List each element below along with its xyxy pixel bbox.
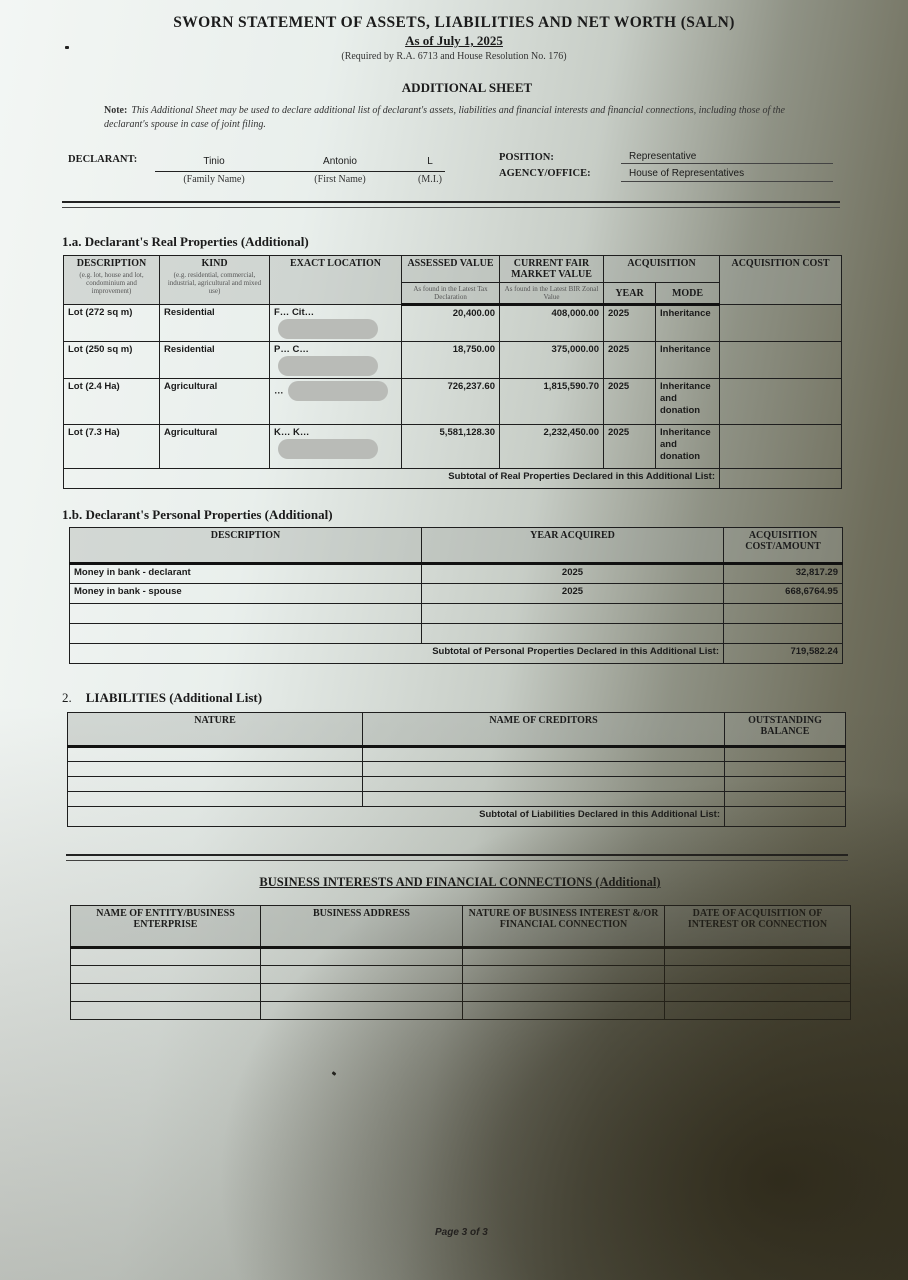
family-name-value: Tinio	[155, 156, 273, 167]
table-row: Lot (7.3 Ha) Agricultural K… K… 5,581,12…	[64, 425, 842, 469]
table-row: Money in bank - declarant 2025 32,817.29	[70, 564, 843, 584]
redacted-location: P… C…	[270, 342, 402, 379]
table-row	[71, 984, 851, 1002]
redacted-location: …	[270, 379, 402, 425]
col-kind: KIND(e.g. residential, commercial, indus…	[160, 256, 270, 305]
col-assessed-hint: As found in the Latest Tax Declaration	[402, 283, 500, 305]
col-market-hint: As found in the Latest BIR Zonal Value	[500, 283, 604, 305]
legal-basis: (Required by R.A. 6713 and House Resolut…	[0, 51, 908, 62]
personal-subtotal-label: Subtotal of Personal Properties Declared…	[70, 644, 724, 664]
personal-subtotal-value: 719,582.24	[724, 644, 843, 664]
redacted-location: F… Cit…	[270, 305, 402, 342]
table-row	[70, 624, 843, 644]
agency-underline	[621, 181, 833, 182]
col-year-acquired: YEAR ACQUIRED	[422, 528, 724, 564]
table-row: Lot (250 sq m) Residential P… C… 18,750.…	[64, 342, 842, 379]
position-label: POSITION:	[499, 152, 554, 163]
subtotal-row: Subtotal of Real Properties Declared in …	[64, 469, 842, 489]
subtotal-row: Subtotal of Personal Properties Declared…	[70, 644, 843, 664]
col-assessed: ASSESSED VALUE	[402, 256, 500, 283]
col-date: DATE OF ACQUISITION OF INTEREST OR CONNE…	[665, 906, 851, 948]
col-address: BUSINESS ADDRESS	[261, 906, 463, 948]
table-row	[70, 604, 843, 624]
real-properties-table: DESCRIPTION(e.g. lot, house and lot, con…	[63, 255, 842, 489]
agency-value: House of Representatives	[629, 168, 744, 179]
col-amount: ACQUISITION COST/AMOUNT	[724, 528, 843, 564]
note-text: This Additional Sheet may be used to dec…	[104, 105, 785, 130]
real-properties-heading: 1.a. Declarant's Real Properties (Additi…	[62, 234, 309, 250]
document-title: SWORN STATEMENT OF ASSETS, LIABILITIES A…	[0, 14, 908, 32]
table-row: Lot (272 sq m) Residential F… Cit… 20,40…	[64, 305, 842, 342]
personal-properties-heading: 1.b. Declarant's Personal Properties (Ad…	[62, 507, 333, 523]
col-location: EXACT LOCATION	[270, 256, 402, 305]
position-underline	[621, 163, 833, 164]
business-interests-table: NAME OF ENTITY/BUSINESS ENTERPRISE BUSIN…	[70, 905, 851, 1020]
redacted-location: K… K…	[270, 425, 402, 469]
real-subtotal-value	[720, 469, 842, 489]
table-row	[68, 777, 846, 792]
mi-value: L	[410, 156, 450, 167]
declarant-underline	[155, 171, 445, 172]
mi-caption: (M.I.)	[410, 174, 450, 185]
col-market: CURRENT FAIR MARKET VALUE	[500, 256, 604, 283]
page-number: Page 3 of 3	[435, 1227, 488, 1238]
liabilities-number: 2.	[62, 690, 72, 705]
sheet-title: ADDITIONAL SHEET	[0, 80, 908, 96]
section-divider	[66, 854, 848, 861]
table-row: Lot (2.4 Ha) Agricultural … 726,237.60 1…	[64, 379, 842, 425]
ink-mark	[332, 1071, 337, 1076]
first-name-caption: (First Name)	[280, 174, 400, 185]
business-interests-heading: BUSINESS INTERESTS AND FINANCIAL CONNECT…	[0, 875, 908, 890]
note-label: Note:	[104, 105, 127, 116]
liabilities-subtotal-label: Subtotal of Liabilities Declared in this…	[68, 807, 725, 827]
col-entity: NAME OF ENTITY/BUSINESS ENTERPRISE	[71, 906, 261, 948]
table-row	[68, 792, 846, 807]
liabilities-heading: 2.LIABILITIES (Additional List)	[62, 690, 262, 706]
note: Note:This Additional Sheet may be used t…	[104, 104, 814, 132]
liabilities-title: LIABILITIES (Additional List)	[86, 690, 262, 705]
declarant-label: DECLARANT:	[68, 154, 137, 165]
saln-additional-sheet: SWORN STATEMENT OF ASSETS, LIABILITIES A…	[0, 0, 908, 1280]
subtotal-row: Subtotal of Liabilities Declared in this…	[68, 807, 846, 827]
table-row	[71, 966, 851, 984]
col-cost: ACQUISITION COST	[720, 256, 842, 305]
personal-properties-table: DESCRIPTION YEAR ACQUIRED ACQUISITION CO…	[69, 527, 843, 664]
family-name-caption: (Family Name)	[155, 174, 273, 185]
as-of-date: As of July 1, 2025	[0, 33, 908, 49]
table-row	[68, 762, 846, 777]
col-mode: MODE	[656, 283, 720, 305]
table-row	[71, 948, 851, 966]
col-year: YEAR	[604, 283, 656, 305]
first-name-value: Antonio	[280, 156, 400, 167]
position-value: Representative	[629, 151, 696, 162]
col-nature: NATURE	[68, 713, 363, 747]
table-row	[71, 1002, 851, 1020]
liabilities-table: NATURE NAME OF CREDITORS OUTSTANDING BAL…	[67, 712, 846, 827]
section-divider	[62, 201, 840, 208]
col-balance: OUTSTANDING BALANCE	[725, 713, 846, 747]
col-creditors: NAME OF CREDITORS	[363, 713, 725, 747]
table-row	[68, 747, 846, 762]
liabilities-subtotal-value	[725, 807, 846, 827]
col-description: DESCRIPTION(e.g. lot, house and lot, con…	[64, 256, 160, 305]
table-row: Money in bank - spouse 2025 668,6764.95	[70, 584, 843, 604]
agency-label: AGENCY/OFFICE:	[499, 168, 591, 179]
col-nature: NATURE OF BUSINESS INTEREST &/OR FINANCI…	[463, 906, 665, 948]
real-subtotal-label: Subtotal of Real Properties Declared in …	[64, 469, 720, 489]
col-description: DESCRIPTION	[70, 528, 422, 564]
ink-mark	[65, 46, 69, 49]
col-acquisition: ACQUISITION	[604, 256, 720, 283]
